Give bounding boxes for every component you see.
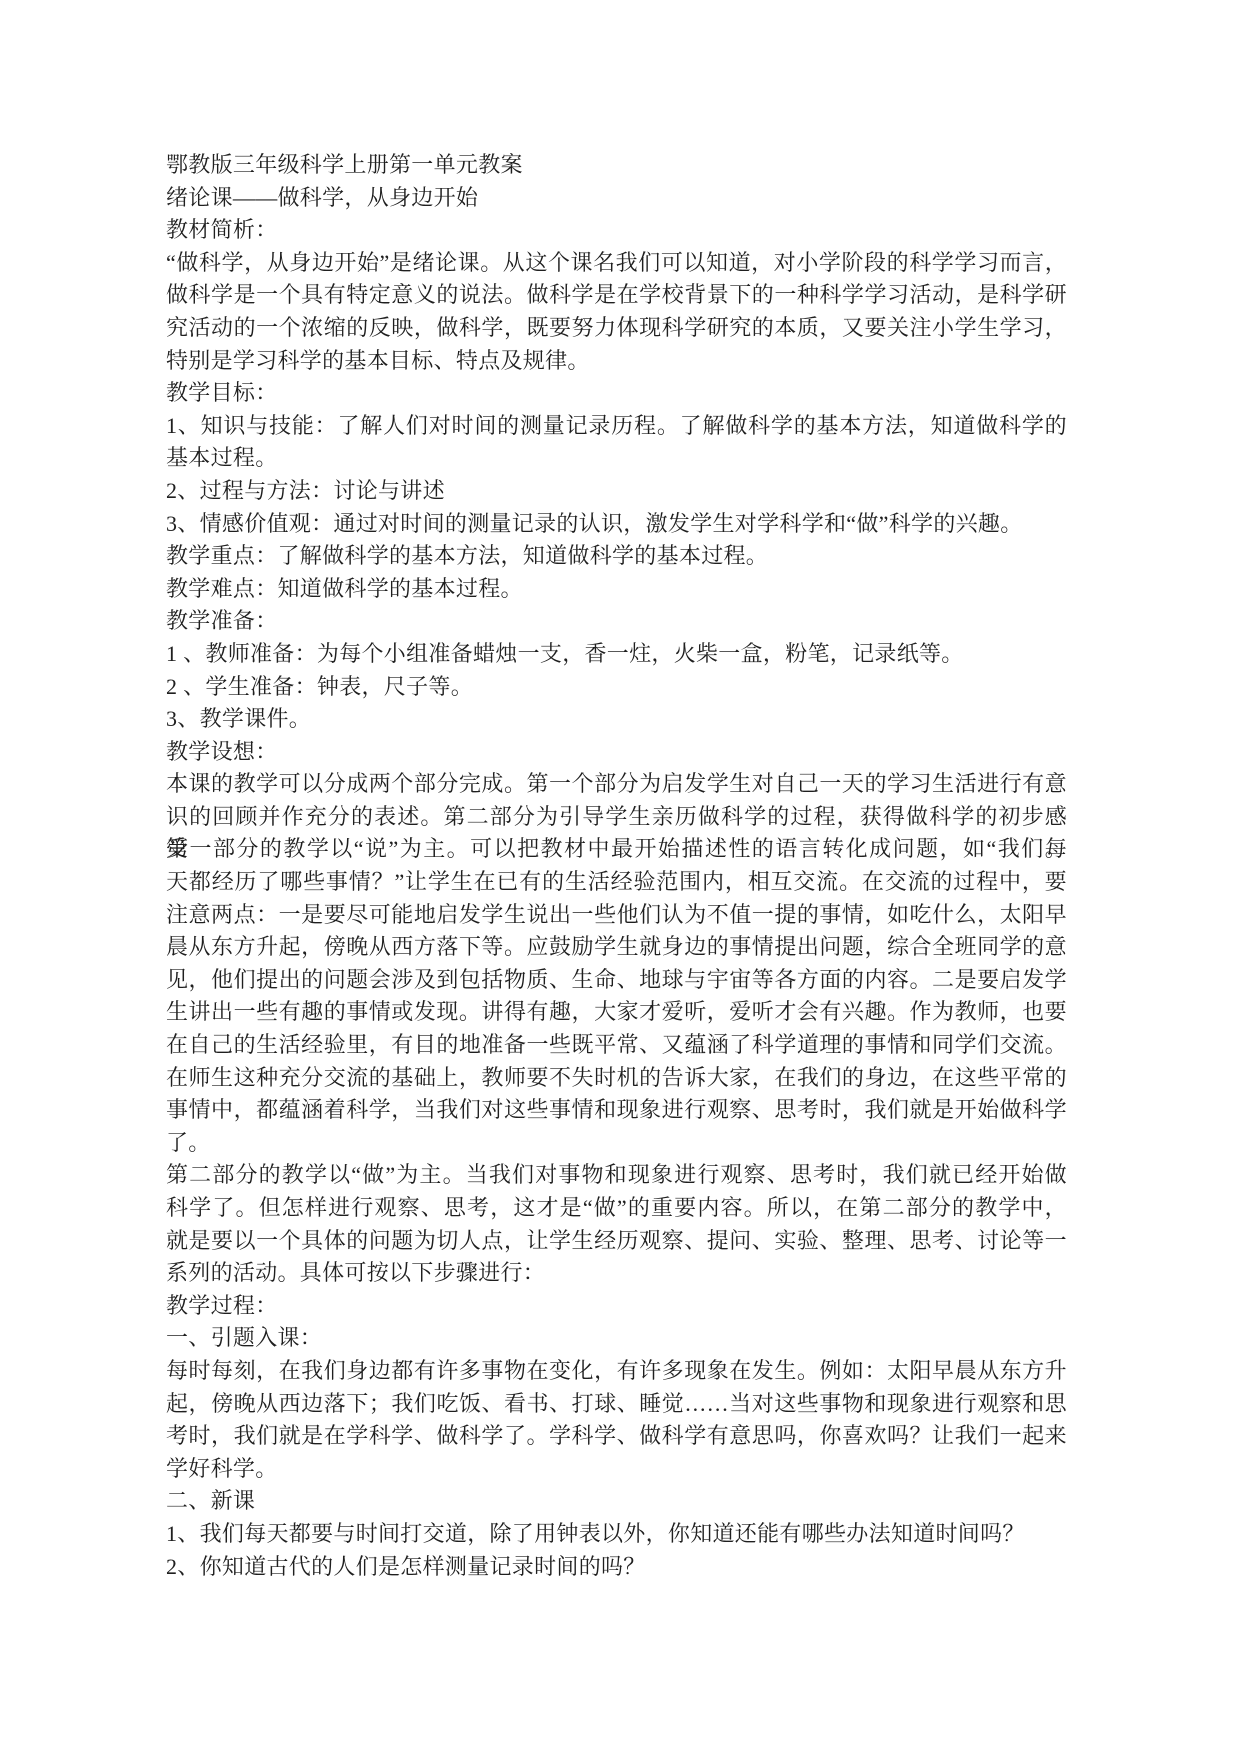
text-line: 系列的活动。具体可按以下步骤进行： (166, 1257, 1067, 1290)
text-line: 2、过程与方法：讨论与讲述 (166, 475, 1067, 508)
text-line: 1、我们每天都要与时间打交道，除了用钟表以外，你知道还能有哪些办法知道时间吗？ (166, 1518, 1067, 1551)
text-block: 鄂教版三年级科学上册第一单元教案绪论课——做科学，从身边开始教材简析：“做科学，… (166, 149, 1067, 1583)
text-line: 教学重点：了解做科学的基本方法，知道做科学的基本过程。 (166, 540, 1067, 573)
text-line: “做科学，从身边开始”是绪论课。从这个课名我们可以知道，对小学阶段的科学学习而言… (166, 247, 1067, 280)
text-line: 1、知识与技能：了解人们对时间的测量记录历程。了解做科学的基本方法，知道做科学的 (166, 410, 1067, 443)
text-line: 第一部分的教学以“说”为主。可以把教材中最开始描述性的语言转化成问题，如“我们每 (166, 833, 1067, 866)
text-line: 考时，我们就是在学科学、做科学了。学科学、做科学有意思吗，你喜欢吗？让我们一起来 (166, 1420, 1067, 1453)
text-line: 特别是学习科学的基本目标、特点及规律。 (166, 345, 1067, 378)
text-line: 生讲出一些有趣的事情或发现。讲得有趣，大家才爱听，爱听才会有兴趣。作为教师，也要 (166, 996, 1067, 1029)
text-line: 3、教学课件。 (166, 703, 1067, 736)
document-page: 鄂教版三年级科学上册第一单元教案绪论课——做科学，从身边开始教材简析：“做科学，… (0, 0, 1241, 1754)
text-line: 第二部分的教学以“做”为主。当我们对事物和现象进行观察、思考时，我们就已经开始做 (166, 1159, 1067, 1192)
text-line: 3、情感价值观：通过对时间的测量记录的认识，激发学生对学科学和“做”科学的兴趣。 (166, 508, 1067, 541)
text-line: 事情中，都蕴涵着科学，当我们对这些事情和现象进行观察、思考时，我们就是开始做科学 (166, 1094, 1067, 1127)
text-line: 在师生这种充分交流的基础上，教师要不失时机的告诉大家，在我们的身边，在这些平常的 (166, 1062, 1067, 1095)
text-line: 教学准备： (166, 605, 1067, 638)
text-line: 1 、教师准备：为每个小组准备蜡烛一支，香一炷，火柴一盒，粉笔，记录纸等。 (166, 638, 1067, 671)
text-line: 学好科学。 (166, 1453, 1067, 1486)
text-line: 起，傍晚从西边落下；我们吃饭、看书、打球、睡觉……当对这些事物和现象进行观察和思 (166, 1388, 1067, 1421)
text-line: 教学目标： (166, 377, 1067, 410)
text-line: 了。 (166, 1127, 1067, 1160)
text-line: 就是要以一个具体的问题为切人点，让学生经历观察、提问、实验、整理、思考、讨论等一 (166, 1225, 1067, 1258)
text-line: 识的回顾并作充分的表述。第二部分为引导学生亲历做科学的过程，获得做科学的初步感受… (166, 801, 1067, 834)
text-line: 基本过程。 (166, 442, 1067, 475)
text-line: 教学设想： (166, 736, 1067, 769)
text-line: 教学过程： (166, 1290, 1067, 1323)
text-line: 教材简析： (166, 214, 1067, 247)
text-line: 2 、学生准备：钟表，尺子等。 (166, 671, 1067, 704)
text-line: 一、引题入课： (166, 1322, 1067, 1355)
text-line: 2、你知道古代的人们是怎样测量记录时间的吗？ (166, 1551, 1067, 1584)
text-line: 究活动的一个浓缩的反映，做科学，既要努力体现科学研究的本质，又要关注小学生学习， (166, 312, 1067, 345)
text-line: 做科学是一个具有特定意义的说法。做科学是在学校背景下的一种科学学习活动，是科学研 (166, 279, 1067, 312)
text-line: 二、新课 (166, 1485, 1067, 1518)
text-line: 天都经历了哪些事情？”让学生在已有的生活经验范围内，相互交流。在交流的过程中，要 (166, 866, 1067, 899)
text-line: 晨从东方升起，傍晚从西方落下等。应鼓励学生就身边的事情提出问题，综合全班同学的意 (166, 931, 1067, 964)
text-line: 每时每刻，在我们身边都有许多事物在变化，有许多现象在发生。例如：太阳早晨从东方升 (166, 1355, 1067, 1388)
document-title-line: 鄂教版三年级科学上册第一单元教案 (166, 149, 1067, 182)
text-line: 科学了。但怎样进行观察、思考，这才是“做”的重要内容。所以，在第二部分的教学中， (166, 1192, 1067, 1225)
text-line: 注意两点：一是要尽可能地启发学生说出一些他们认为不值一提的事情，如吃什么，太阳早 (166, 899, 1067, 932)
text-line: 教学难点：知道做科学的基本过程。 (166, 573, 1067, 606)
text-line: 绪论课——做科学，从身边开始 (166, 182, 1067, 215)
text-line: 本课的教学可以分成两个部分完成。第一个部分为启发学生对自己一天的学习生活进行有意 (166, 768, 1067, 801)
text-line: 见，他们提出的问题会涉及到包括物质、生命、地球与宇宙等各方面的内容。二是要启发学 (166, 964, 1067, 997)
text-line: 在自己的生活经验里，有目的地准备一些既平常、又蕴涵了科学道理的事情和同学们交流。 (166, 1029, 1067, 1062)
